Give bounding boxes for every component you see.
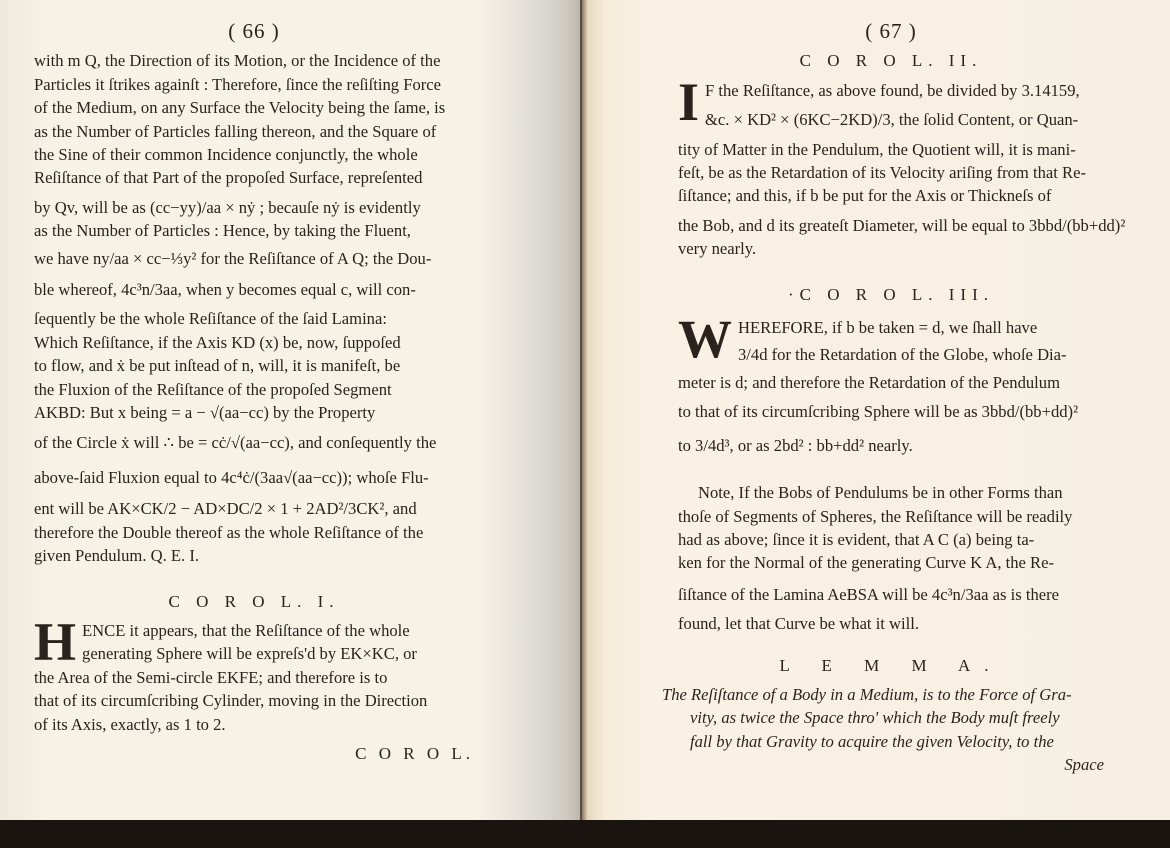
- text-line: of its Axis, exactly, as 1 to 2.: [34, 713, 474, 736]
- drop-cap: I: [678, 81, 699, 123]
- right-page-content: ( 67 ) C O R O L. II. I F the Reſiſtance…: [678, 20, 1104, 777]
- note-paragraph: Note, If the Bobs of Pendulums be in oth…: [678, 481, 1104, 635]
- text-line: found, let that Curve be what it will.: [678, 612, 1104, 635]
- text-line: ENCE it appears, that the Reſiſtance of …: [82, 619, 474, 642]
- text-line: Particles it ſtrikes againſt : Therefore…: [34, 73, 474, 96]
- text-line: Reſiſtance of that Part of the propoſed …: [34, 166, 474, 189]
- catchword: Space: [678, 753, 1104, 776]
- text-line: AKBD: But x being = a − √(aa−cc) by the …: [34, 401, 474, 424]
- text-line: as the Number of Particles : Hence, by t…: [34, 219, 474, 242]
- text-line: had as above; ſince it is evident, that …: [678, 528, 1104, 551]
- section-heading-corol-3: ·C O R O L. III.: [678, 283, 1104, 306]
- text-line: tity of Matter in the Pendulum, the Quot…: [678, 138, 1104, 161]
- text-line: The Reſiſtance of a Body in a Medium, is…: [662, 683, 1104, 706]
- text-line-formula: to 3/4d³, or as 2bd² : bb+dd² nearly.: [678, 434, 1104, 457]
- corol-3-paragraph: W HEREFORE, if b be taken = d, we ſhall …: [678, 316, 1104, 457]
- text-line: Note, If the Bobs of Pendulums be in oth…: [678, 481, 1104, 504]
- text-line: the Fluxion of the Reſiſtance of the pro…: [34, 378, 474, 401]
- left-page-content: ( 66 ) with m Q, the Direction of its Mo…: [34, 20, 474, 765]
- text-line-formula: ble whereof, 4c³n/3aa, when y becomes eq…: [34, 278, 474, 301]
- section-heading-lemma: L E M M A.: [678, 654, 1104, 677]
- text-line: with m Q, the Direction of its Motion, o…: [34, 49, 474, 72]
- book-gutter: [580, 0, 582, 835]
- text-line: ſiſtance; and this, if b be put for the …: [678, 184, 1104, 207]
- text-line: HEREFORE, if b be taken = d, we ſhall ha…: [738, 316, 1104, 339]
- text-line: feſt, be as the Retardation of its Veloc…: [678, 161, 1104, 184]
- text-line-formula: 3/4d for the Retardation of the Globe, w…: [738, 343, 1104, 366]
- text-line: generating Sphere will be expreſs'd by E…: [82, 642, 474, 665]
- text-line: F the Reſiſtance, as above found, be div…: [705, 79, 1104, 102]
- page-number: ( 67 ): [678, 20, 1104, 43]
- text-line: ſequently be the whole Reſiſtance of the…: [34, 307, 474, 330]
- lemma-paragraph: The Reſiſtance of a Body in a Medium, is…: [678, 683, 1104, 777]
- text-line-formula: we have ny/aa × cc−⅓y² for the Reſiſtanc…: [34, 247, 474, 270]
- text-line-formula: to that of its circumſcribing Sphere wil…: [678, 400, 1104, 423]
- text-line: of the Medium, on any Surface the Veloci…: [34, 96, 474, 119]
- text-line: that of its circumſcribing Cylinder, mov…: [34, 689, 474, 712]
- text-line-formula: &c. × KD² × (6KC−2KD)/3, the ſolid Conte…: [705, 108, 1104, 131]
- catchword: C O R O L.: [34, 742, 474, 765]
- right-page: ( 67 ) C O R O L. II. I F the Reſiſtance…: [582, 0, 1170, 832]
- text-line: very nearly.: [678, 237, 1104, 260]
- text-line: ken for the Normal of the generating Cur…: [678, 551, 1104, 574]
- left-page: ( 66 ) with m Q, the Direction of its Mo…: [0, 0, 582, 832]
- text-line-formula: by Qv, will be as (cc−yy)/aa × nẏ ; beca…: [34, 196, 474, 219]
- text-line: therefore the Double thereof as the whol…: [34, 521, 474, 544]
- corol-2-paragraph: I F the Reſiſtance, as above found, be d…: [678, 79, 1104, 261]
- text-line-formula: above-ſaid Fluxion equal to 4c⁴ċ/(3aa√(a…: [34, 466, 474, 489]
- text-line: vity, as twice the Space thro' which the…: [678, 706, 1104, 729]
- text-line: to flow, and ẋ be put inſtead of n, will…: [34, 354, 474, 377]
- drop-cap: W: [678, 318, 732, 360]
- page-number: ( 66 ): [34, 20, 474, 43]
- text-line: the Area of the Semi-circle EKFE; and th…: [34, 666, 474, 689]
- text-line: thoſe of Segments of Spheres, the Reſiſt…: [678, 505, 1104, 528]
- book-bottom-edge: [0, 820, 1170, 848]
- text-line: as the Number of Particles falling there…: [34, 120, 474, 143]
- text-line-formula: ſiſtance of the Lamina AeBSA will be 4c³…: [678, 583, 1104, 606]
- text-line: the Sine of their common Incidence conju…: [34, 143, 474, 166]
- body-paragraph: with m Q, the Direction of its Motion, o…: [34, 49, 474, 567]
- text-line: Which Reſiſtance, if the Axis KD (x) be,…: [34, 331, 474, 354]
- text-line: fall by that Gravity to acquire the give…: [678, 730, 1104, 753]
- section-heading-corol-1: C O R O L. I.: [34, 590, 474, 613]
- text-line-formula: ent will be AK×CK/2 − AD×DC/2 × 1 + 2AD²…: [34, 497, 474, 520]
- text-line-formula: of the Circle ẋ will ∴ be = cċ/√(aa−cc),…: [34, 431, 474, 454]
- text-line: given Pendulum. Q. E. I.: [34, 544, 474, 567]
- drop-cap: H: [34, 621, 76, 663]
- corol-1-paragraph: H ENCE it appears, that the Reſiſtance o…: [34, 619, 474, 736]
- text-line-formula: the Bob, and d its greateſt Diameter, wi…: [678, 214, 1104, 237]
- text-line: meter is d; and therefore the Retardatio…: [678, 371, 1104, 394]
- section-heading-corol-2: C O R O L. II.: [678, 49, 1104, 72]
